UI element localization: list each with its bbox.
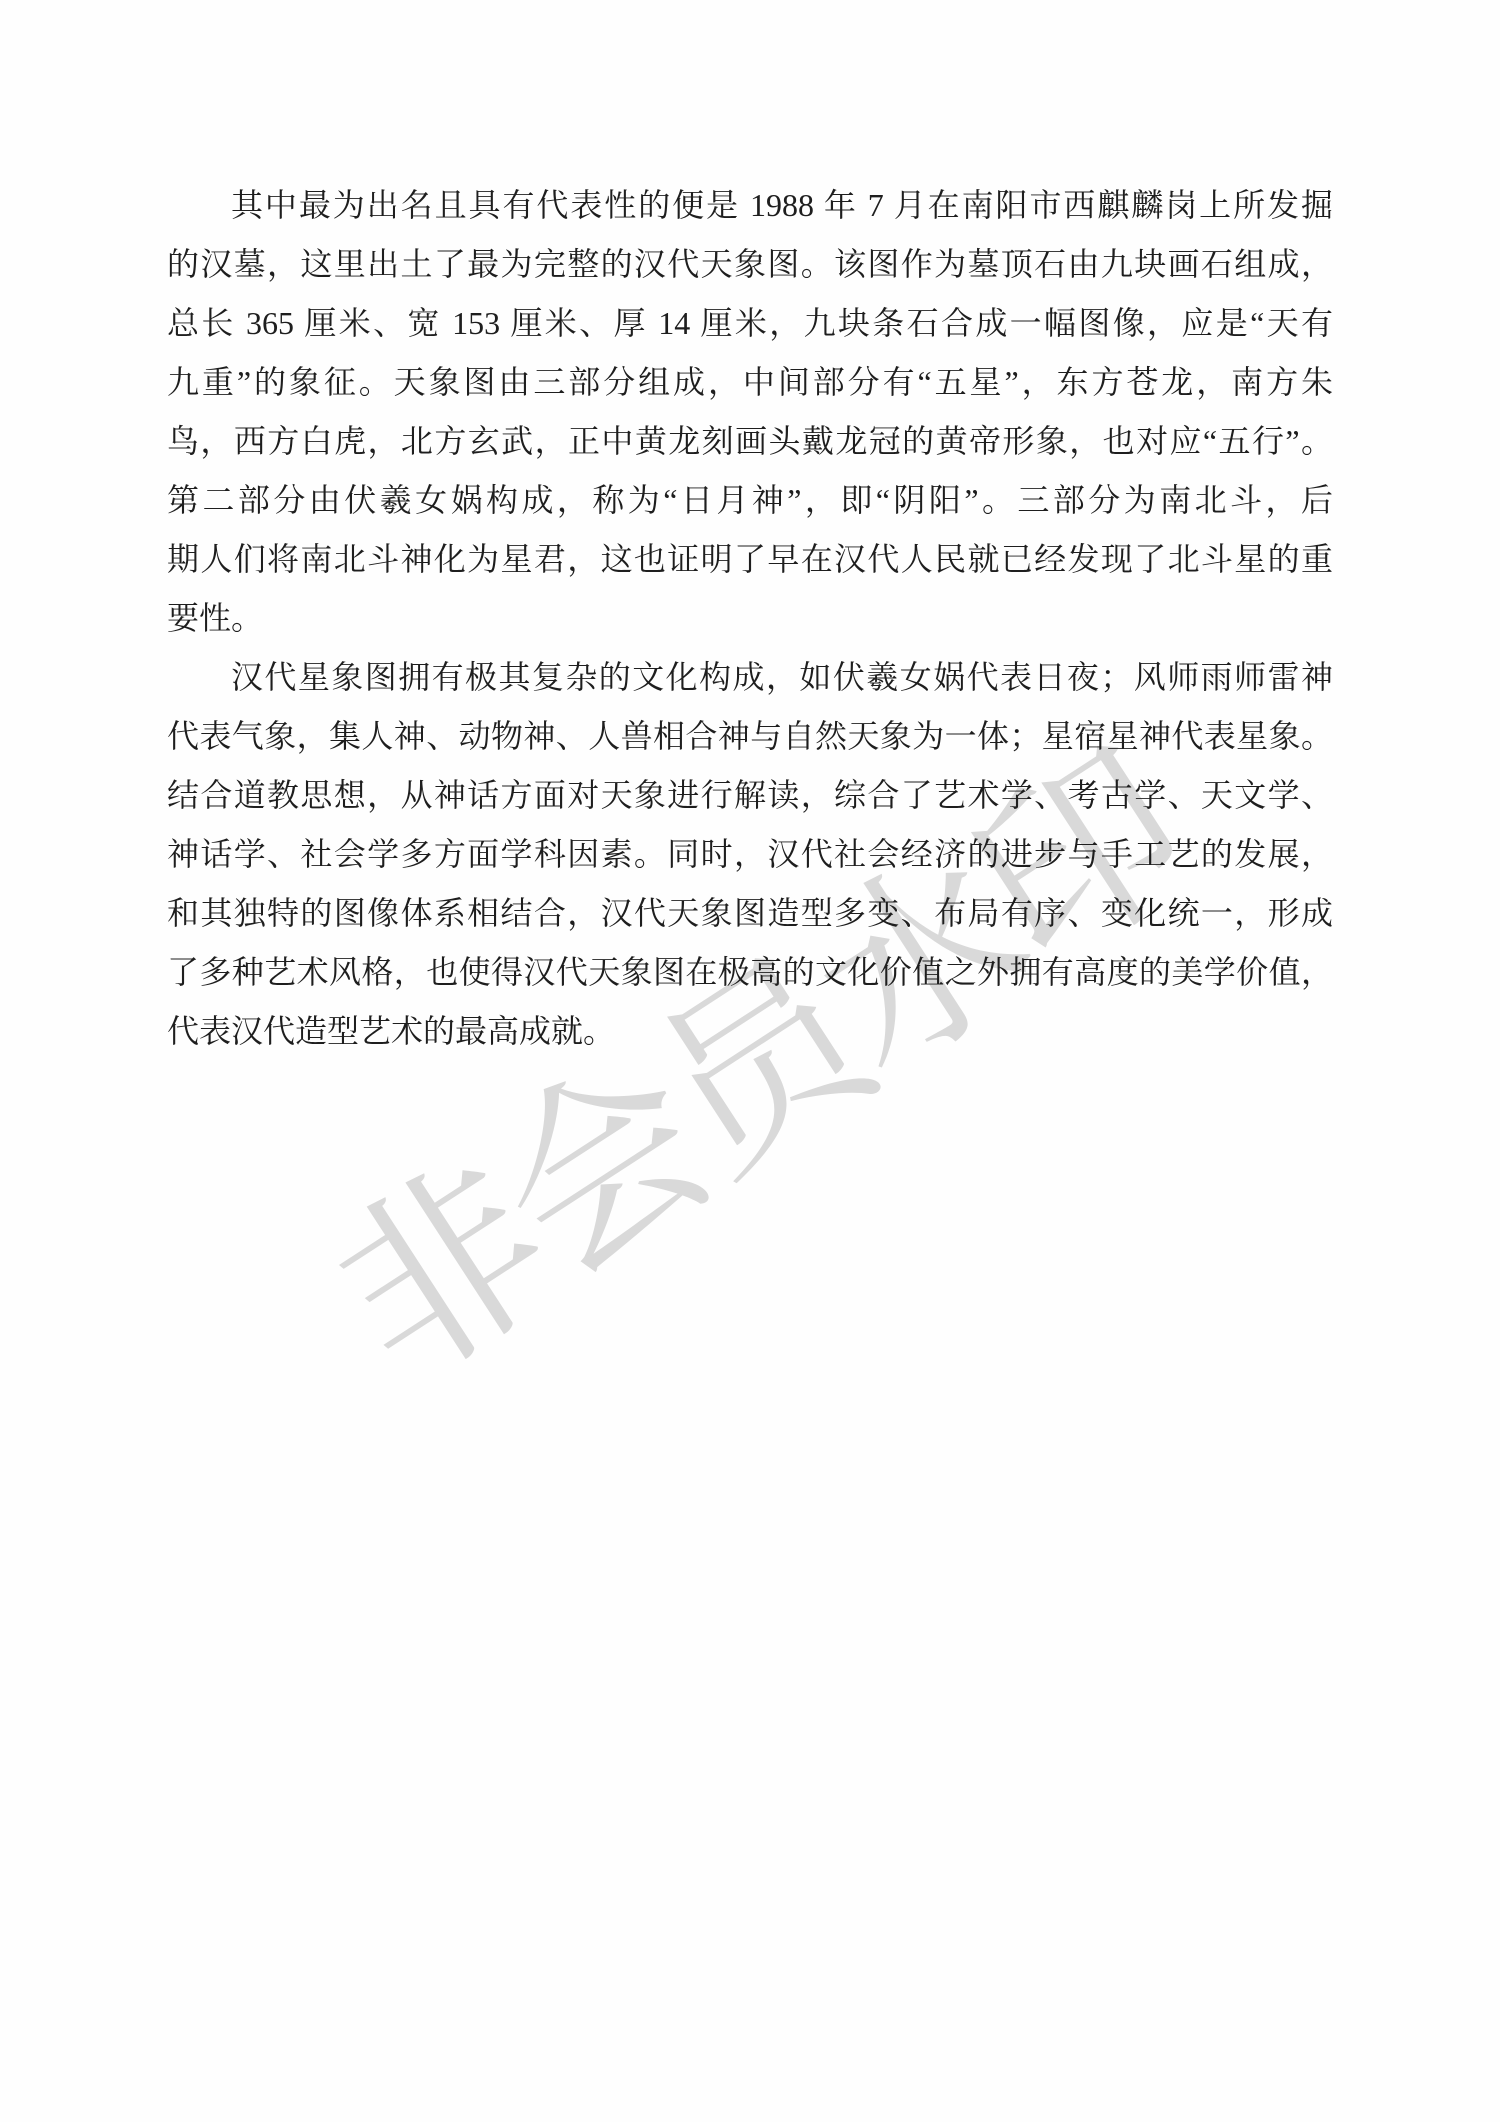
document-page: 非会员水印 其中最为出名且具有代表性的便是 1988 年 7 月在南阳市西麒麟岗… bbox=[0, 0, 1500, 2122]
text-line: 九重”的象征。天象图由三部分组成，中间部分有“五星”，东方苍龙，南方朱 bbox=[167, 353, 1333, 412]
text-line: 汉代星象图拥有极其复杂的文化构成，如伏羲女娲代表日夜；风师雨师雷神 bbox=[167, 648, 1333, 707]
text-line: 期人们将南北斗神化为星君，这也证明了早在汉代人民就已经发现了北斗星的重 bbox=[167, 530, 1333, 589]
paragraph: 汉代星象图拥有极其复杂的文化构成，如伏羲女娲代表日夜；风师雨师雷神代表气象，集人… bbox=[167, 648, 1333, 1061]
text-line: 总长 365 厘米、宽 153 厘米、厚 14 厘米，九块条石合成一幅图像，应是… bbox=[167, 294, 1333, 353]
text-line: 的汉墓，这里出土了最为完整的汉代天象图。该图作为墓顶石由九块画石组成， bbox=[167, 235, 1333, 294]
text-line: 第二部分由伏羲女娲构成，称为“日月神”，即“阴阳”。三部分为南北斗，后 bbox=[167, 471, 1333, 530]
paragraph: 其中最为出名且具有代表性的便是 1988 年 7 月在南阳市西麒麟岗上所发掘的汉… bbox=[167, 176, 1333, 648]
text-line: 鸟，西方白虎，北方玄武，正中黄龙刻画头戴龙冠的黄帝形象，也对应“五行”。 bbox=[167, 412, 1333, 471]
text-line: 其中最为出名且具有代表性的便是 1988 年 7 月在南阳市西麒麟岗上所发掘 bbox=[167, 176, 1333, 235]
text-line: 代表气象，集人神、动物神、人兽相合神与自然天象为一体；星宿星神代表星象。 bbox=[167, 707, 1333, 766]
text-line: 神话学、社会学多方面学科因素。同时，汉代社会经济的进步与手工艺的发展， bbox=[167, 825, 1333, 884]
text-line: 结合道教思想，从神话方面对天象进行解读，综合了艺术学、考古学、天文学、 bbox=[167, 766, 1333, 825]
text-line: 代表汉代造型艺术的最高成就。 bbox=[167, 1002, 1333, 1061]
text-line: 了多种艺术风格，也使得汉代天象图在极高的文化价值之外拥有高度的美学价值， bbox=[167, 943, 1333, 1002]
text-line: 要性。 bbox=[167, 589, 1333, 648]
document-body: 其中最为出名且具有代表性的便是 1988 年 7 月在南阳市西麒麟岗上所发掘的汉… bbox=[167, 176, 1333, 1061]
text-line: 和其独特的图像体系相结合，汉代天象图造型多变、布局有序、变化统一，形成 bbox=[167, 884, 1333, 943]
